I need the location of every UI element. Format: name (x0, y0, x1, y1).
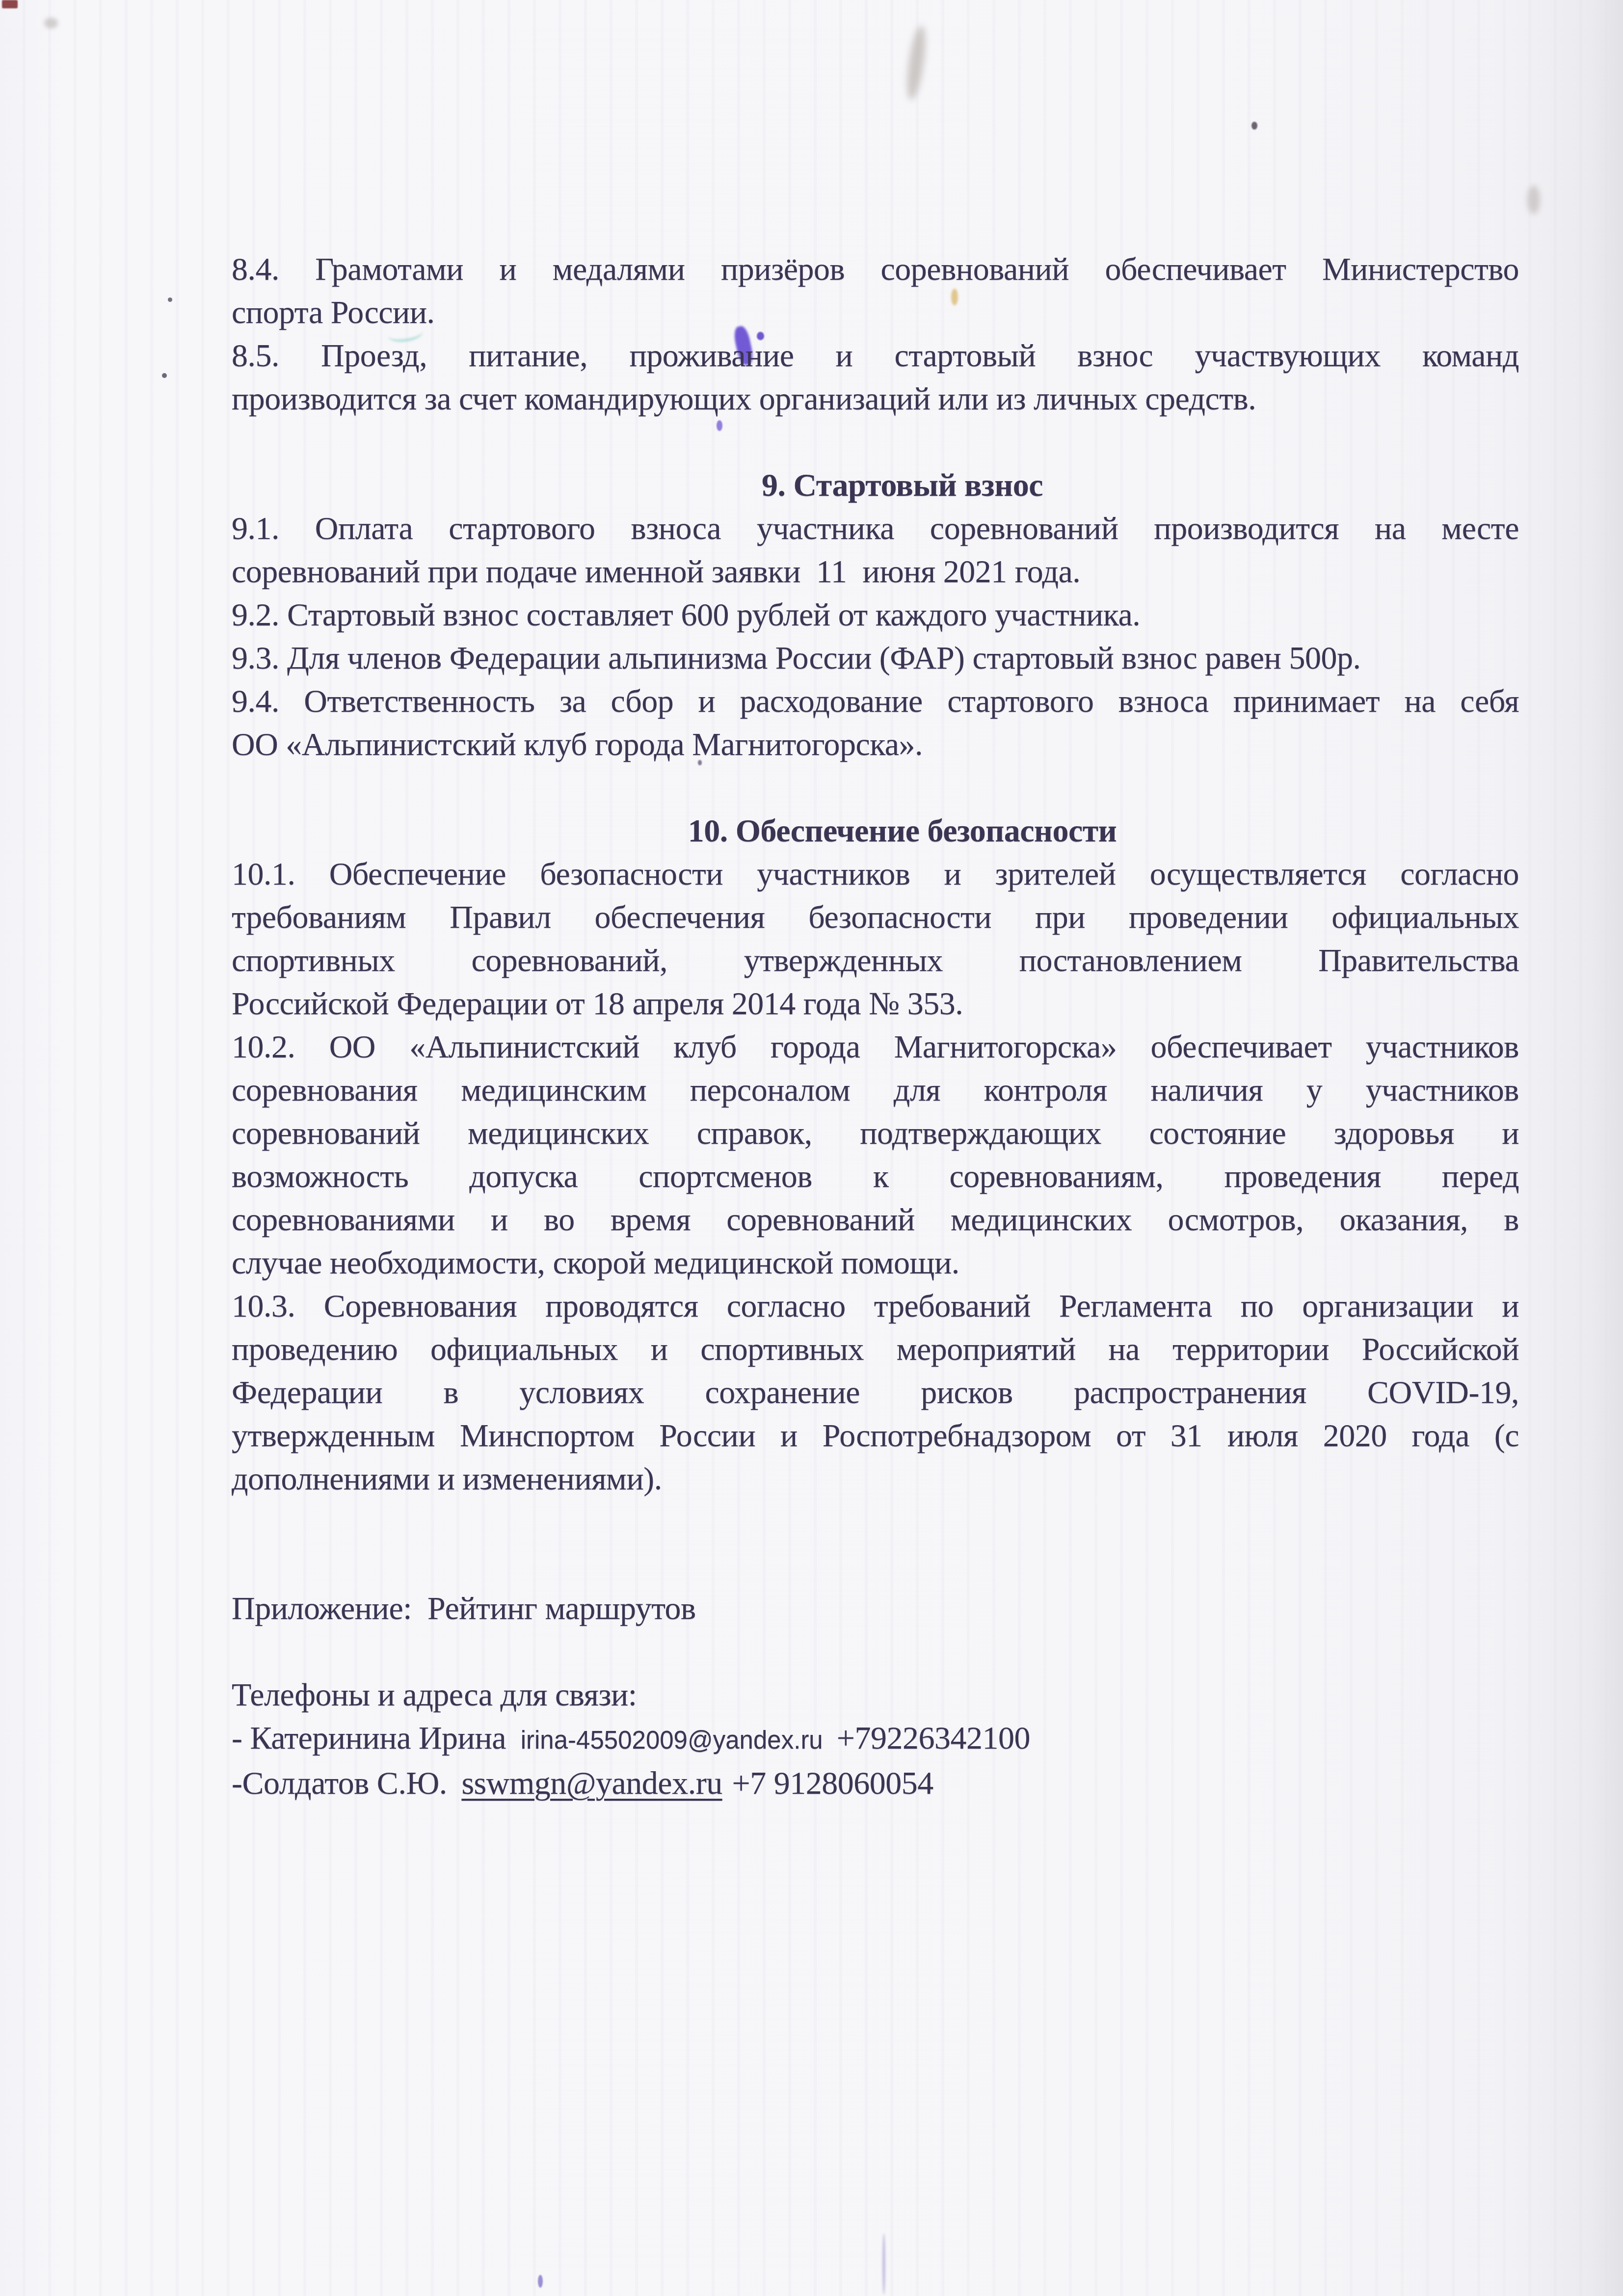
text-line: утвержденным Минспортом России и Роспотр… (232, 1414, 1519, 1458)
contact-katerinina: - Катеринина Иринаirina-45502009@yandex.… (232, 1717, 1519, 1762)
section-heading-9: 9. Стартовый взнос (259, 464, 1546, 507)
section-heading-10: 10. Обеспечение безопасности (259, 810, 1546, 853)
contact-phone: +79226342100 (837, 1720, 1030, 1756)
scan-smudge (44, 18, 58, 28)
scan-speck (162, 373, 167, 378)
text-line: 10.1. Обеспечение безопасности участнико… (232, 853, 1519, 896)
text-line: 9.3. Для членов Федерации альпинизма Рос… (232, 637, 1519, 680)
scan-corner-mark (2, 0, 18, 8)
clause-10-3: 10.3. Соревнования проводятся согласно т… (232, 1285, 1519, 1501)
text-line: спортивных соревнований, утвержденных по… (232, 939, 1519, 982)
scan-speck (168, 297, 172, 302)
text-line: соревнования медицинским персоналом для … (232, 1069, 1519, 1112)
clause-9-4: 9.4. Ответственность за сбор и расходова… (232, 680, 1519, 766)
contact-email: irina-45502009@yandex.ru (521, 1726, 823, 1754)
text-line: 8.4. Грамотами и медалями призёров сорев… (232, 248, 1519, 291)
contact-soldatov: -Солдатов С.Ю.sswmgn@yandex.ru+7 9128060… (232, 1762, 1519, 1805)
text-line: соревнований при подаче именной заявки 1… (232, 550, 1519, 594)
text-line: соревнований медицинских справок, подтве… (232, 1112, 1519, 1155)
text-line: 10.3. Соревнования проводятся согласно т… (232, 1285, 1519, 1328)
text-line: Телефоны и адреса для связи: (232, 1674, 1519, 1717)
text-line: спорта России. (232, 291, 1519, 334)
text-line: 8.5. Проезд, питание, проживание и старт… (232, 334, 1519, 378)
scan-speck (882, 2234, 885, 2295)
text-line: 9.1. Оплата стартового взноса участника … (232, 507, 1519, 550)
document-body: 8.4. Грамотами и медалями призёров сорев… (232, 248, 1519, 1805)
clause-9-3: 9.3. Для членов Федерации альпинизма Рос… (232, 637, 1519, 680)
clause-9-2: 9.2. Стартовый взнос составляет 600 рубл… (232, 594, 1519, 637)
contact-name: -Солдатов С.Ю. (232, 1765, 447, 1801)
clause-8-4: 8.4. Грамотами и медалями призёров сорев… (232, 248, 1519, 334)
text-line: дополнениями и изменениями). (232, 1458, 1519, 1501)
text-line: 9.2. Стартовый взнос составляет 600 рубл… (232, 594, 1519, 637)
scan-speck (1251, 122, 1257, 130)
scan-smudge (1527, 186, 1540, 214)
text-line: ОО «Альпинистский клуб города Магнитогор… (232, 723, 1519, 766)
text-line: Федерации в условиях сохранение рисков р… (232, 1371, 1519, 1414)
text-line: производится за счет командирующих орган… (232, 378, 1519, 421)
text-line: соревнованиями и во время соревнований м… (232, 1198, 1519, 1242)
contact-email: sswmgn@yandex.ru (461, 1765, 722, 1801)
clause-10-2: 10.2. ОО «Альпинистский клуб города Магн… (232, 1026, 1519, 1285)
clause-10-1: 10.1. Обеспечение безопасности участнико… (232, 853, 1519, 1026)
text-line: случае необходимости, скорой медицинской… (232, 1242, 1519, 1285)
text-line: возможность допуска спортсменов к соревн… (232, 1155, 1519, 1198)
text-line: 9.4. Ответственность за сбор и расходова… (232, 680, 1519, 723)
scanned-document-page: 8.4. Грамотами и медалями призёров сорев… (0, 0, 1623, 2296)
appendix-note: Приложение: Рейтинг маршрутов (232, 1587, 1519, 1630)
text-line: 10.2. ОО «Альпинистский клуб города Магн… (232, 1026, 1519, 1069)
clause-9-1: 9.1. Оплата стартового взноса участника … (232, 507, 1519, 594)
text-line: требованиям Правил обеспечения безопасно… (232, 896, 1519, 939)
text-line: Российской Федерации от 18 апреля 2014 г… (232, 982, 1519, 1026)
scan-speck (538, 2275, 543, 2288)
contact-name: - Катеринина Ирина (232, 1720, 506, 1756)
contacts-heading: Телефоны и адреса для связи: (232, 1674, 1519, 1717)
text-line: Приложение: Рейтинг маршрутов (232, 1587, 1519, 1630)
text-line: проведению официальных и спортивных меро… (232, 1328, 1519, 1371)
contact-phone: +7 9128060054 (732, 1765, 933, 1801)
scan-smudge (904, 25, 929, 101)
clause-8-5: 8.5. Проезд, питание, проживание и старт… (232, 334, 1519, 421)
